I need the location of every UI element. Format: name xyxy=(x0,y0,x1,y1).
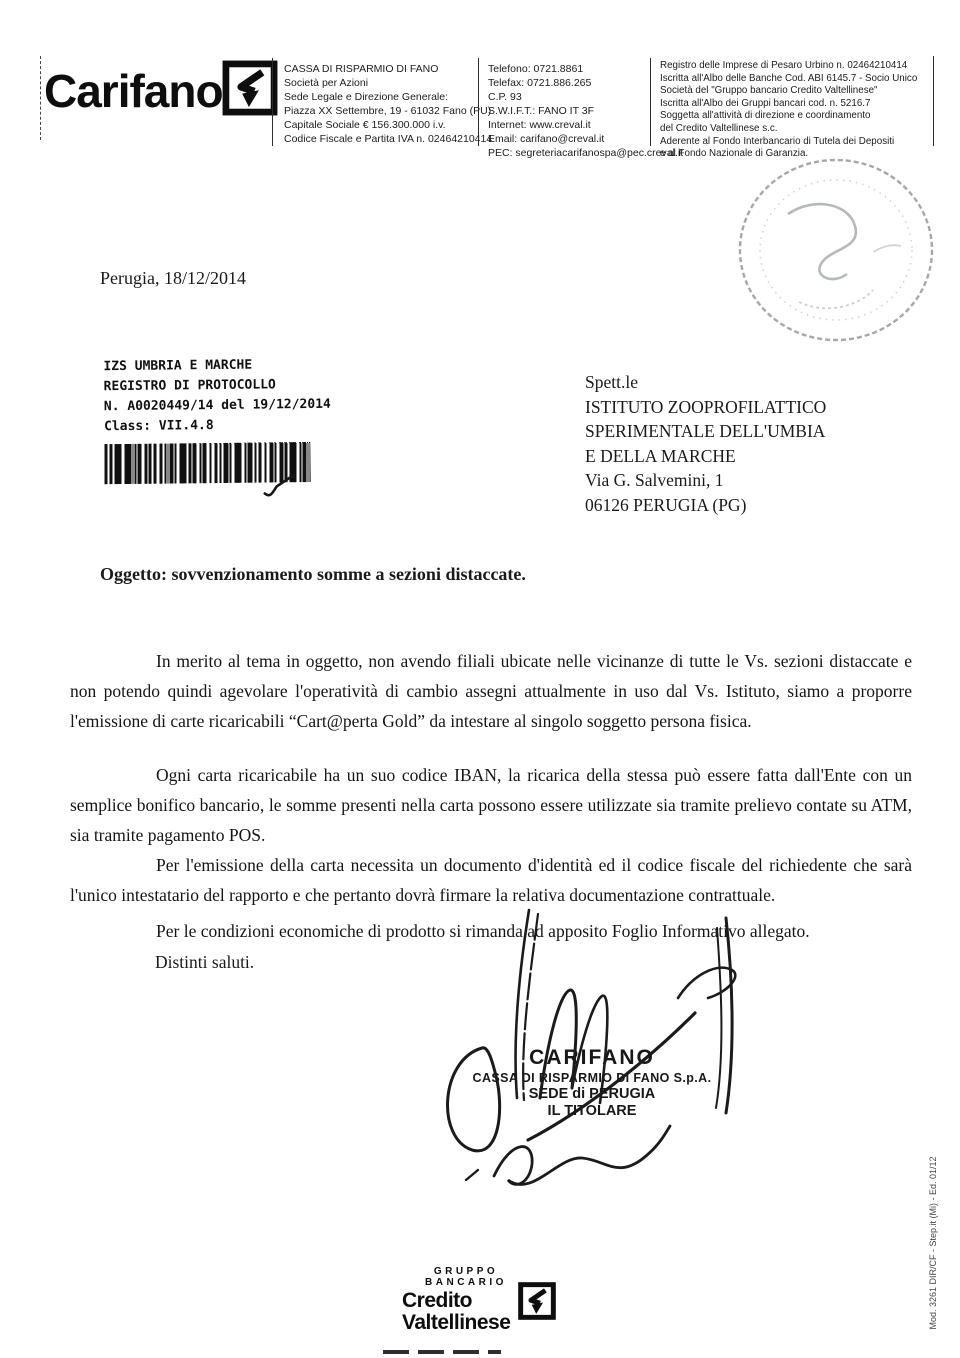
registry-line: Iscritta all'Albo dei Gruppi bancari cod… xyxy=(660,98,917,111)
handwritten-signature xyxy=(420,898,780,1215)
contact-line: Telefono: 0721.8861 xyxy=(488,62,683,76)
left-margin-mark xyxy=(40,56,42,140)
dateline: Perugia, 18/12/2014 xyxy=(100,268,246,289)
contact-line: PEC: segreteriacarifanospa@pec.creval.it xyxy=(488,146,683,160)
header-divider-1 xyxy=(272,58,273,146)
closing-salutation: Distinti saluti. xyxy=(155,952,254,973)
right-margin-mark xyxy=(933,56,934,146)
company-line: Sede Legale e Direzione Generale: xyxy=(284,90,492,104)
header-divider-3 xyxy=(650,58,651,146)
recipient-line: Spett.le xyxy=(585,370,826,395)
scanned-letter-page: Carifano CASSA DI RISPARMIO DI FANO Soci… xyxy=(0,0,960,1358)
header-divider-2 xyxy=(478,58,479,146)
company-line: Piazza XX Settembre, 19 - 61032 Fano (PU… xyxy=(284,104,492,118)
carifano-logo-icon xyxy=(222,60,278,121)
recipient-line: E DELLA MARCHE xyxy=(585,444,826,469)
contact-line: Internet: www.creval.it xyxy=(488,118,683,132)
company-line: CASSA DI RISPARMIO DI FANO xyxy=(284,62,492,76)
footer-bank-name-line1: Credito xyxy=(402,1291,530,1310)
body-paragraph: In merito al tema in oggetto, non avendo… xyxy=(70,646,912,736)
subject-line: Oggetto: sovvenzionamento somme a sezion… xyxy=(100,564,526,585)
bottom-scan-marks xyxy=(383,1350,501,1354)
protocol-line: N. A0020449/14 del 19/12/2014 xyxy=(104,395,331,417)
form-reference-side-text: Mod. 3261 DIR/CF - Step.it (Mi) - Ed. 01… xyxy=(928,1140,938,1346)
company-line: Capitale Sociale € 156.300.000 i.v. xyxy=(284,118,492,132)
contact-line: Telefax: 0721.886.265 xyxy=(488,76,683,90)
body-paragraph: Ogni carta ricaricabile ha un suo codice… xyxy=(70,760,912,850)
registry-line: Iscritta all'Albo delle Banche Cod. ABI … xyxy=(660,73,917,86)
recipient-line: ISTITUTO ZOOPROFILATTICO xyxy=(585,395,826,420)
header-contact-info: Telefono: 0721.8861 Telefax: 0721.886.26… xyxy=(488,62,683,160)
credito-valtellinese-logo-icon xyxy=(518,1282,556,1325)
footer-group-label: GRUPPO BANCARIO xyxy=(402,1266,530,1288)
header-company-info: CASSA DI RISPARMIO DI FANO Società per A… xyxy=(284,62,492,146)
header-registry-info: Registro delle Imprese di Pesaro Urbino … xyxy=(660,60,917,161)
round-ink-stamp xyxy=(733,152,939,353)
registry-line: Registro delle Imprese di Pesaro Urbino … xyxy=(660,60,917,73)
registry-line: Aderente al Fondo Interbancario di Tutel… xyxy=(660,136,917,149)
recipient-line: 06126 PERUGIA (PG) xyxy=(585,493,826,518)
registry-line: Società del "Gruppo bancario Credito Val… xyxy=(660,85,917,98)
contact-line: S.W.I.F.T.: FANO IT 3F xyxy=(488,104,683,118)
registry-line: Soggetta all'attività di direzione e coo… xyxy=(660,110,917,123)
carifano-wordmark: Carifano xyxy=(44,64,223,118)
contact-line: Email: carifano@creval.it xyxy=(488,132,683,146)
recipient-address: Spett.le ISTITUTO ZOOPROFILATTICO SPERIM… xyxy=(585,370,826,517)
footer-group-logo: GRUPPO BANCARIO Credito Valtellinese xyxy=(402,1266,530,1332)
registry-line: del Credito Valtellinese s.c. xyxy=(660,123,917,136)
protocol-line: Class: VII.4.8 xyxy=(104,415,331,437)
company-line: Società per Azioni xyxy=(284,76,492,90)
protocol-line: REGISTRO DI PROTOCOLLO xyxy=(104,375,331,397)
company-line: Codice Fiscale e Partita IVA n. 02464210… xyxy=(284,132,492,146)
check-mark-icon xyxy=(263,473,297,506)
recipient-line: SPERIMENTALE DELL'UMBIA xyxy=(585,419,826,444)
recipient-line: Via G. Salvemini, 1 xyxy=(585,468,826,493)
protocol-stamp: IZS UMBRIA E MARCHE REGISTRO DI PROTOCOL… xyxy=(103,355,331,484)
contact-line: C.P. 93 xyxy=(488,90,683,104)
footer-bank-name-line2: Valtellinese xyxy=(402,1313,530,1332)
protocol-line: IZS UMBRIA E MARCHE xyxy=(103,355,330,377)
